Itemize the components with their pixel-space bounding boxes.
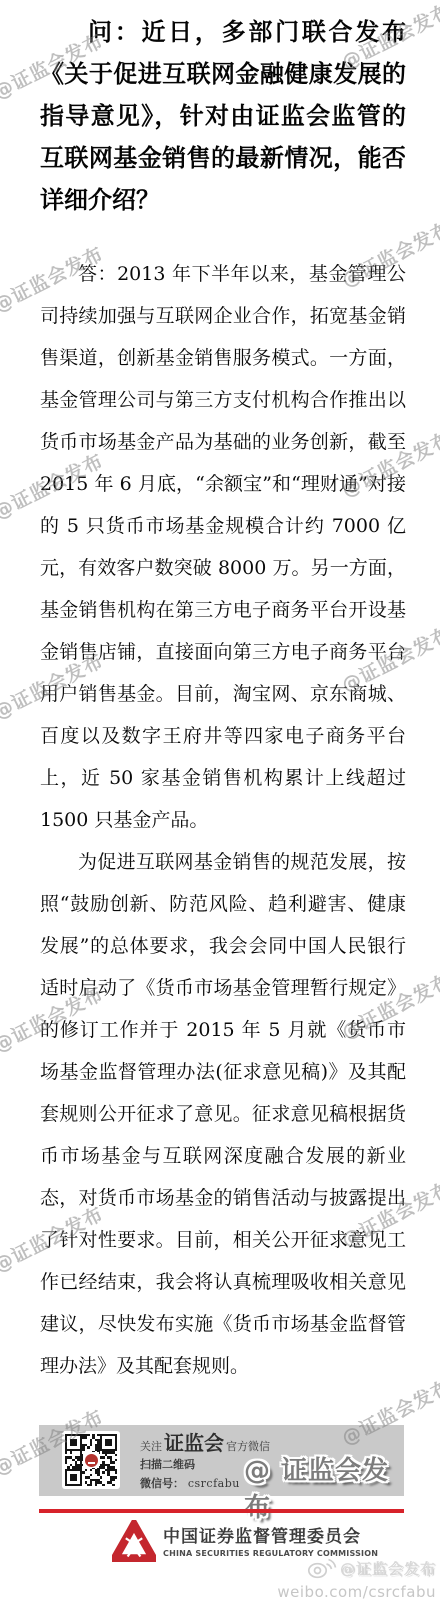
weibo-handle-text: @证监会发布 bbox=[340, 1560, 436, 1578]
wechat-qr-code bbox=[62, 1431, 120, 1489]
question-text: 问：近日，多部门联合发布《关于促进互联网金融健康发展的指导意见》，针对由证监会监… bbox=[40, 11, 406, 221]
wechat-banner: 关注 证监会 官方微信 扫描二维码 微信号： csrcfabu @ 证监会发布 bbox=[39, 1425, 404, 1496]
answer-paragraph-2: 为促进互联网基金销售的规范发展，按照“鼓励创新、防范风险、趋利避害、健康发展”的… bbox=[40, 841, 406, 1387]
red-divider-line bbox=[39, 1509, 404, 1513]
org-name-cn: 中国证券监督管理委员会 bbox=[163, 1528, 378, 1548]
brand-label: 证监会 bbox=[164, 1433, 224, 1453]
answer-paragraph-1: 答：2013 年下半年以来，基金管理公司持续加强与互联网企业合作，拓宽基金销售渠… bbox=[40, 253, 406, 841]
wechat-account-value: csrcfabu bbox=[188, 1477, 240, 1490]
answer-text: 答：2013 年下半年以来，基金管理公司持续加强与互联网企业合作，拓宽基金销售渠… bbox=[40, 253, 406, 1387]
qa-announcement-image: @证监会发布@证监会发布@证监会发布@证监会发布@证监会发布@证监会发布@证监会… bbox=[0, 0, 440, 1604]
weibo-url-text: weibo.com/csrcfabu bbox=[277, 1583, 436, 1601]
follow-prefix-label: 关注 bbox=[140, 1441, 162, 1452]
wechat-account-label: 微信号： bbox=[140, 1477, 184, 1490]
weibo-icon bbox=[307, 1556, 337, 1583]
csrc-logo-icon bbox=[112, 1520, 156, 1566]
qr-center-logo bbox=[83, 1452, 99, 1468]
weibo-watermark: @证监会发布 weibo.com/csrcfabu bbox=[277, 1556, 436, 1601]
